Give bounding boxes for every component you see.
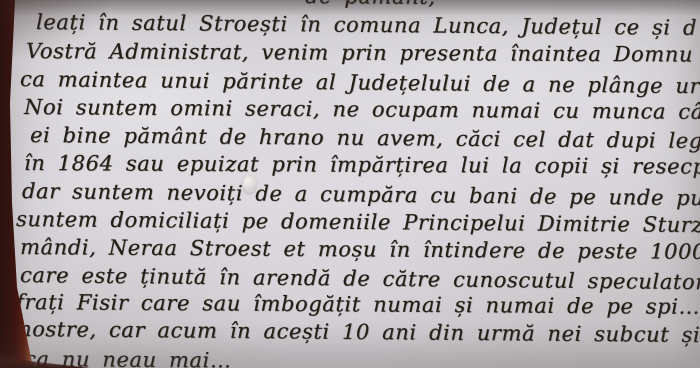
photo-corner-shadow <box>0 0 170 90</box>
wax-drop <box>243 176 256 193</box>
manuscript-line: Noi suntem omini seraci, ne ocupam numai… <box>24 95 700 124</box>
manuscript-line: frați Fisir care sau îmbogățit numai și … <box>16 290 700 319</box>
manuscript-line: dar suntem nevoiți de a cumpăra cu bani … <box>22 179 700 211</box>
manuscript-line: în 1864 sau epuizat prin împărțirea lui … <box>24 151 700 179</box>
manuscript-photo: de pământ, leați în satul Stroești în co… <box>0 0 700 368</box>
manuscript-line: mândi, Neraa Stroest et moșu în întinder… <box>20 235 700 264</box>
manuscript-line: suntem domiciliați pe domeniile Principe… <box>16 207 700 237</box>
manuscript-line: nostre, car acum în acești 10 ani din ur… <box>18 317 700 347</box>
manuscript-line: ei bine pământ de hrano nu avem, căci ce… <box>30 123 700 154</box>
